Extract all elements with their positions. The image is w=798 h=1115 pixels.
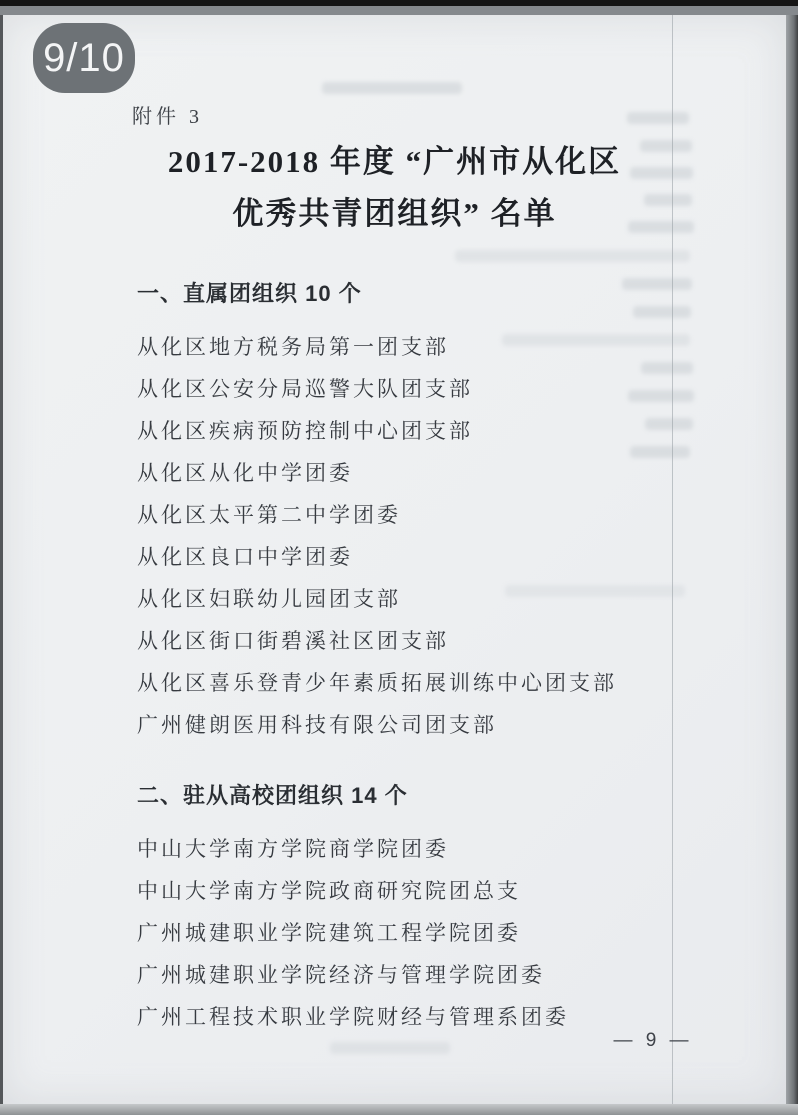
page-indicator-label: 9/10	[43, 36, 125, 81]
list-item: 从化区疾病预防控制中心团支部	[137, 410, 697, 452]
page-indicator-badge: 9/10	[33, 23, 135, 93]
photo-right-border	[786, 0, 798, 1115]
attachment-label: 附件 3	[132, 100, 203, 129]
list-item: 从化区街口街碧溪社区团支部	[137, 620, 697, 662]
list-item: 广州城建职业学院经济与管理学院团委	[137, 954, 697, 996]
list-item: 广州健朗医用科技有限公司团支部	[137, 704, 697, 746]
bleed-through-mark	[455, 250, 690, 262]
document-title-line2: 优秀共青团组织” 名单	[3, 188, 786, 240]
organization-list: 一、直属团组织 10 个 从化区地方税务局第一团支部 从化区公安分局巡警大队团支…	[137, 279, 697, 1038]
document-title: 2017-2018 年度 “广州市从化区 优秀共青团组织” 名单	[3, 136, 786, 240]
scanned-document-photo: 9/10 附件 3 2017-2018 年度 “广州市从化区 优秀共青团组织” …	[0, 0, 798, 1115]
bleed-through-mark	[330, 1042, 450, 1054]
list-item: 从化区太平第二中学团委	[137, 494, 697, 536]
list-item: 从化区妇联幼儿园团支部	[137, 578, 697, 620]
document-title-line1: 2017-2018 年度 “广州市从化区	[3, 136, 786, 188]
footer-page-number: — 9 —	[598, 1030, 708, 1052]
section-gap	[137, 746, 697, 781]
list-item: 从化区良口中学团委	[137, 536, 697, 578]
section-heading: 二、驻从高校团组织 14 个	[137, 781, 697, 828]
bleed-through-mark	[627, 112, 689, 124]
bleed-through-mark	[322, 82, 462, 94]
list-item: 从化区地方税务局第一团支部	[137, 326, 697, 368]
list-item: 中山大学南方学院商学院团委	[137, 828, 697, 870]
photo-left-border	[0, 0, 3, 1115]
section-heading: 一、直属团组织 10 个	[137, 279, 697, 326]
list-item: 从化区从化中学团委	[137, 452, 697, 494]
list-item: 从化区喜乐登青少年素质拓展训练中心团支部	[137, 662, 697, 704]
photo-top-band	[0, 6, 798, 15]
list-item: 从化区公安分局巡警大队团支部	[137, 368, 697, 410]
list-item: 中山大学南方学院政商研究院团总支	[137, 870, 697, 912]
photo-bottom-border	[0, 1104, 798, 1115]
list-item: 广州城建职业学院建筑工程学院团委	[137, 912, 697, 954]
